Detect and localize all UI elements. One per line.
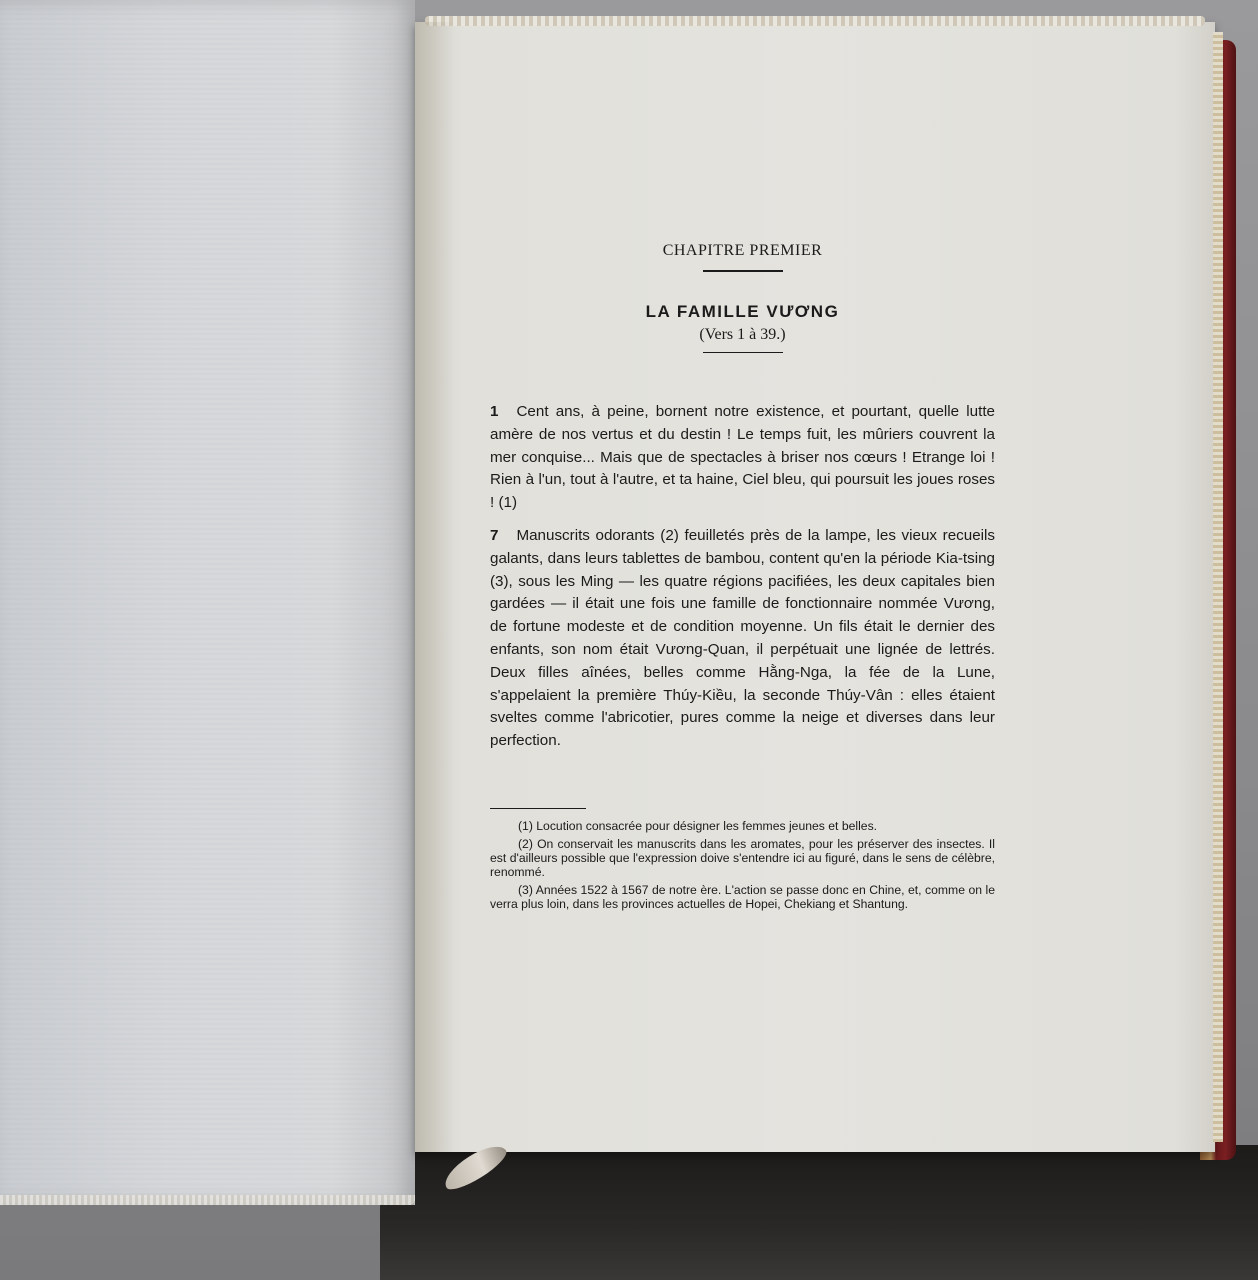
verse-number: 7 (490, 527, 498, 544)
top-deckle-edge (425, 16, 1205, 26)
chapter-divider-rule (703, 270, 783, 272)
right-page: CHAPITRE PREMIER LA FAMILLE VƯƠNG (Vers … (415, 22, 1215, 1152)
chapter-title: LA FAMILLE VƯƠNG (490, 302, 995, 322)
footnote-2: (2) On conservait les manuscrits dans le… (490, 837, 995, 879)
paragraph-verse-7: 7Manuscrits odorants (2) feuilletés près… (490, 525, 995, 753)
right-deckle-edge (1213, 32, 1223, 1142)
footnote-3: (3) Années 1522 à 1567 de notre ère. L'a… (490, 883, 995, 911)
footnote-1: (1) Locution consacrée pour désigner les… (490, 819, 995, 833)
left-page-deckle-edge (0, 1195, 415, 1205)
page-text-block: CHAPITRE PREMIER LA FAMILLE VƯƠNG (Vers … (490, 242, 995, 915)
paragraph-text: Cent ans, à peine, bornent notre existen… (490, 403, 995, 511)
page-gutter-shadow (415, 22, 455, 1152)
footnotes: (1) Locution consacrée pour désigner les… (490, 819, 995, 911)
paragraph-text: Manuscrits odorants (2) feuilletés près … (490, 527, 995, 749)
body-text: 1Cent ans, à peine, bornent notre existe… (490, 401, 995, 753)
left-page-paper-texture (0, 0, 415, 1205)
footnote-separator (490, 808, 586, 809)
chapter-subtitle: (Vers 1 à 39.) (490, 326, 995, 344)
paragraph-verse-1: 1Cent ans, à peine, bornent notre existe… (490, 401, 995, 515)
chapter-label: CHAPITRE PREMIER (490, 242, 995, 260)
shadow-under-book (380, 1145, 1258, 1280)
left-page (0, 0, 415, 1205)
verse-number: 1 (490, 403, 498, 420)
title-divider-rule (703, 352, 783, 354)
